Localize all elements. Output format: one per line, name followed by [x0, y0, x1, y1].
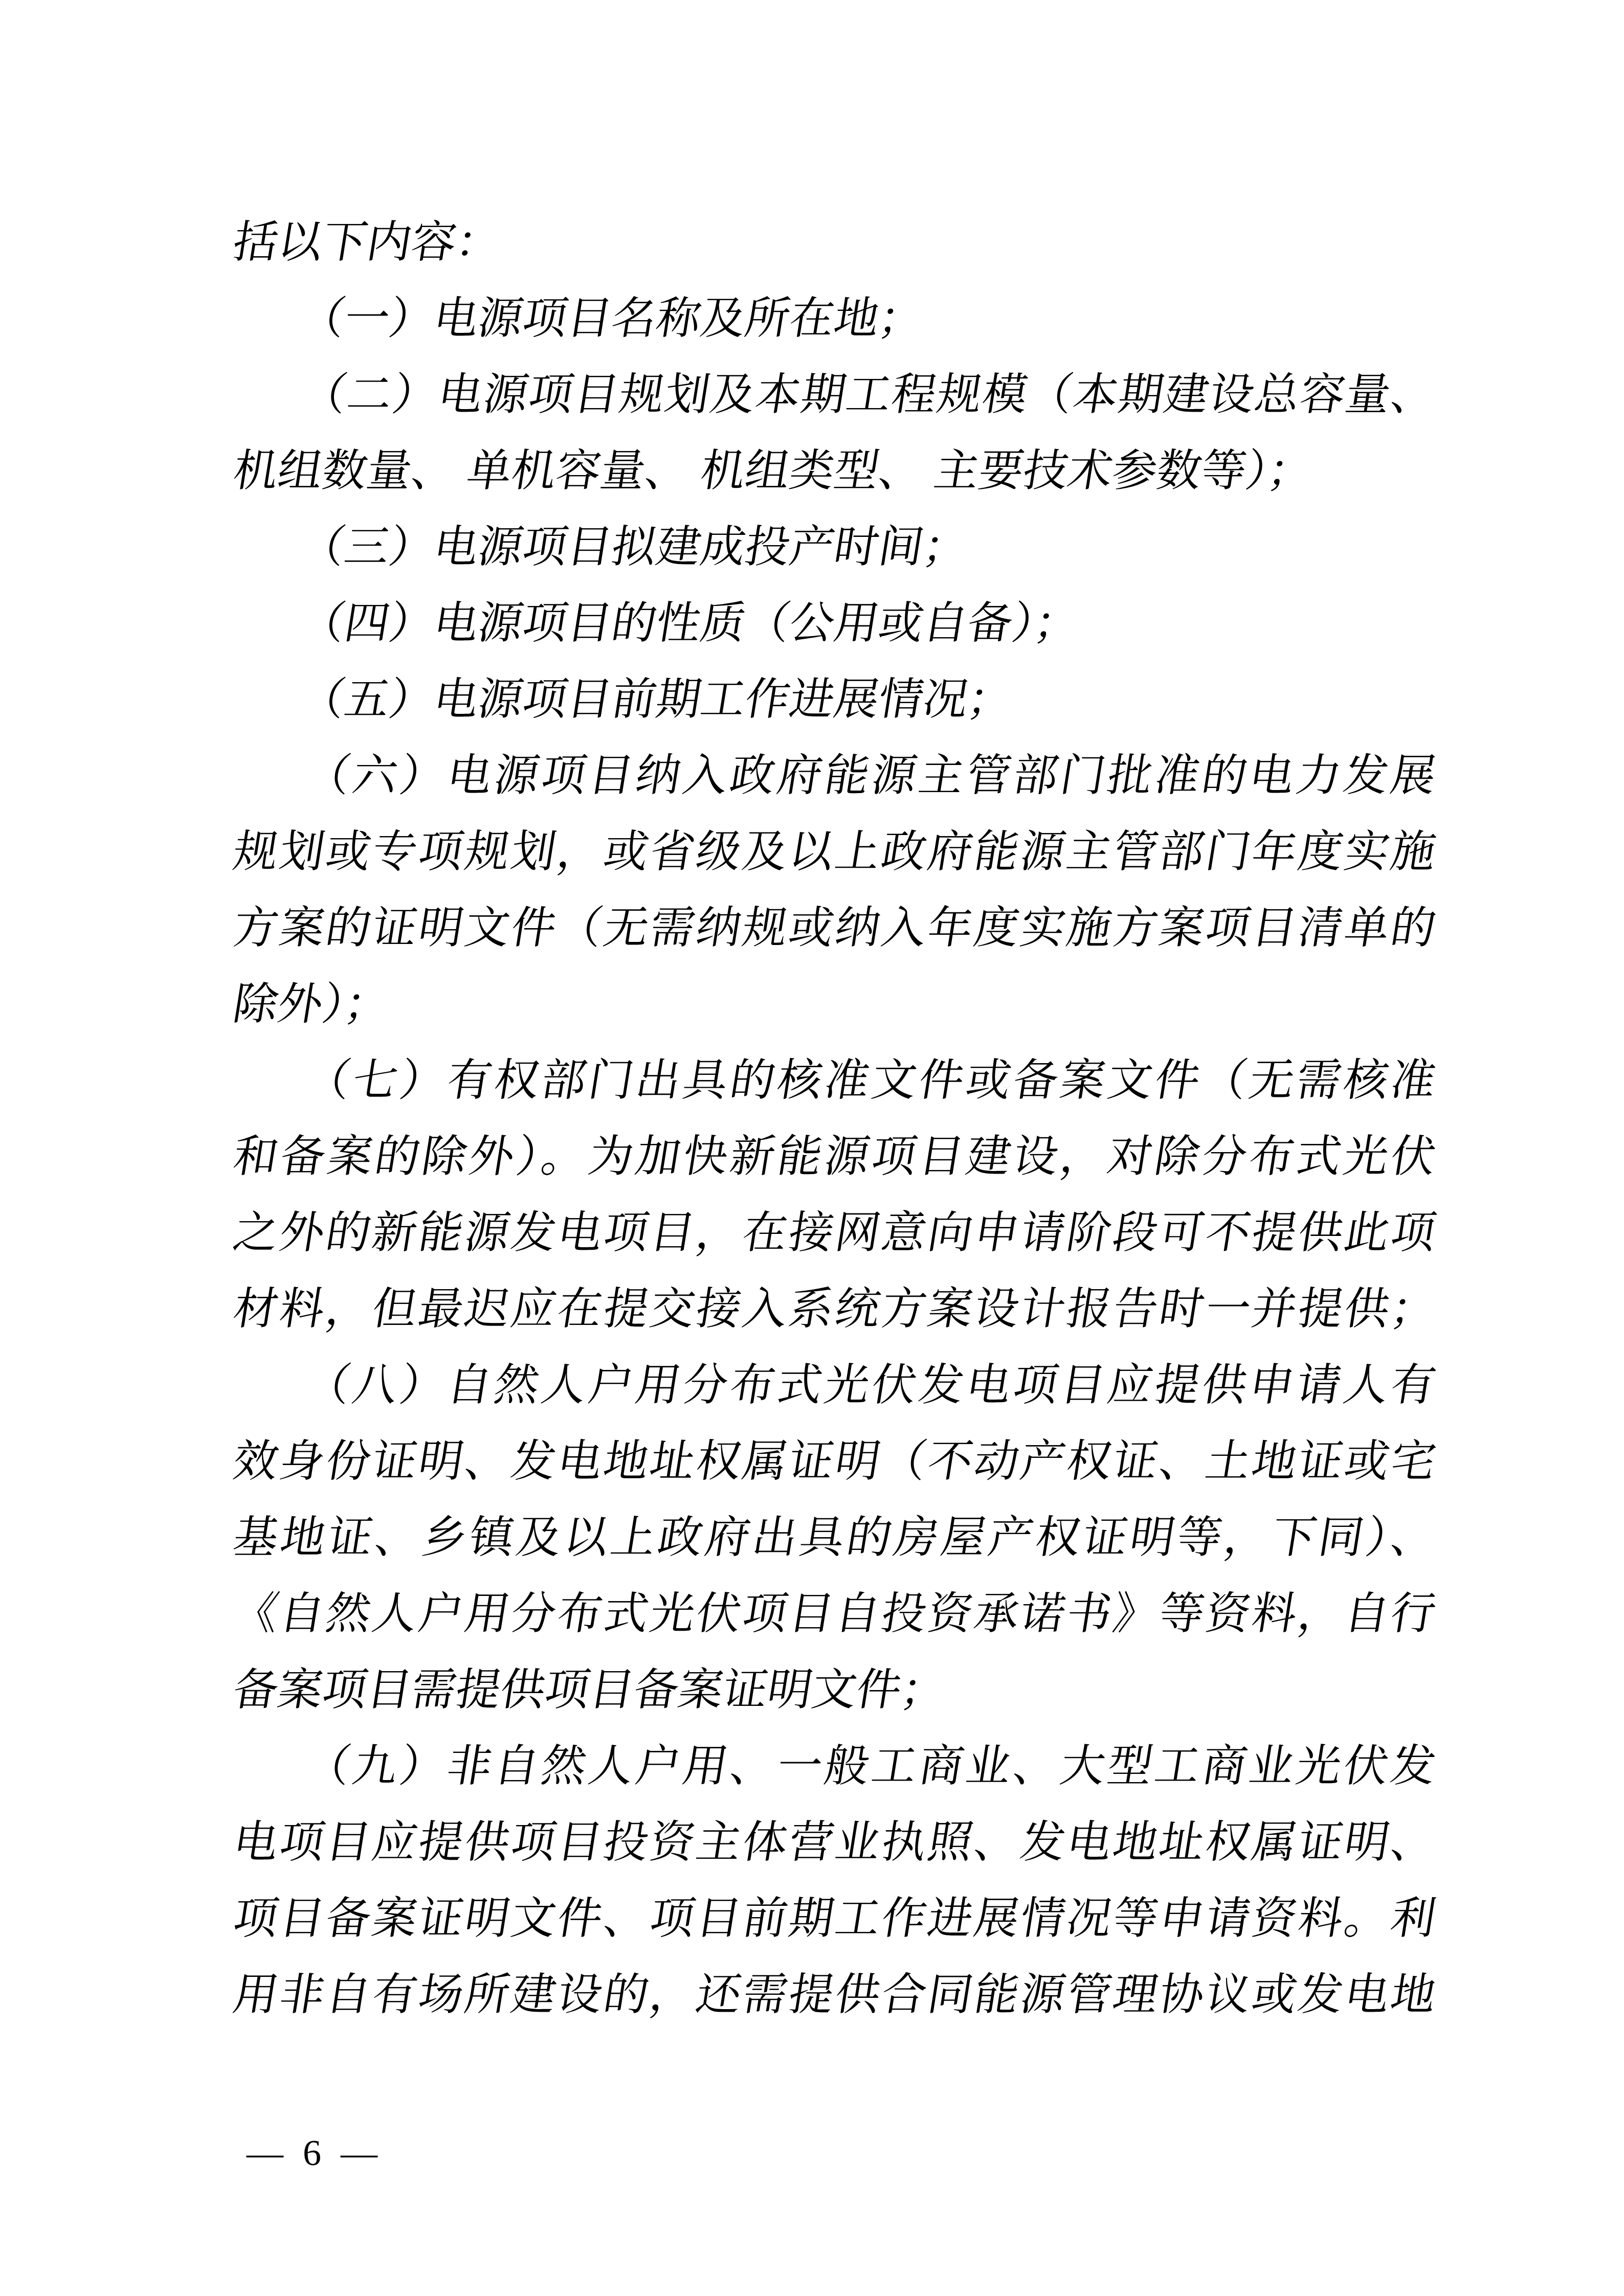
text-line: （六）电源项目纳入政府能源主管部门批准的电力发展 — [228, 737, 1442, 814]
text-line: 之外的新能源发电项目，在接网意向申请阶段可不提供此项 — [228, 1195, 1442, 1271]
page-number: — 6 — — [247, 2128, 383, 2177]
text-line: 和备案的除外）。为加快新能源项目建设，对除分布式光伏 — [228, 1118, 1442, 1195]
text-line: 基地证、乡镇及以上政府出具的房屋产权证明等，下同）、 — [228, 1499, 1442, 1575]
text-line: 材料，但最迟应在提交接入系统方案设计报告时一并提供； — [228, 1271, 1442, 1347]
text-line: （五）电源项目前期工作进展情况； — [228, 661, 1442, 737]
text-line: 用非自有场所建设的，还需提供合同能源管理协议或发电地 — [228, 1956, 1442, 2033]
text-line: （一）电源项目名称及所在地； — [228, 280, 1442, 356]
text-line: （二）电源项目规划及本期工程规模（本期建设总容量、 — [228, 356, 1442, 433]
text-line: 规划或专项规划，或省级及以上政府能源主管部门年度实施 — [228, 814, 1442, 890]
text-line: （七）有权部门出具的核准文件或备案文件（无需核准 — [228, 1042, 1442, 1118]
text-line: 备案项目需提供项目备案证明文件； — [228, 1652, 1442, 1728]
text-line: 机组数量、 单机容量、 机组类型、 主要技术参数等）； — [228, 433, 1442, 509]
text-line: 电项目应提供项目投资主体营业执照、发电地址权属证明、 — [228, 1804, 1442, 1880]
document-body: 括以下内容： （一）电源项目名称及所在地； （二）电源项目规划及本期工程规模（本… — [228, 204, 1430, 2033]
text-line: （三）电源项目拟建成投产时间； — [228, 509, 1442, 585]
text-line: （九）非自然人户用、一般工商业、大型工商业光伏发 — [228, 1728, 1442, 1804]
text-line: 效身份证明、发电地址权属证明（不动产权证、土地证或宅 — [228, 1423, 1442, 1499]
text-line: 括以下内容： — [228, 204, 1442, 280]
text-line: （八）自然人户用分布式光伏发电项目应提供申请人有 — [228, 1347, 1442, 1423]
text-line: 项目备案证明文件、项目前期工作进展情况等申请资料。利 — [228, 1880, 1442, 1956]
text-line: 方案的证明文件（无需纳规或纳入年度实施方案项目清单的 — [228, 890, 1442, 966]
text-line: 除外）； — [228, 966, 1442, 1042]
text-line: （四）电源项目的性质（公用或自备）； — [228, 585, 1442, 661]
text-line: 《自然人户用分布式光伏项目自投资承诺书》等资料，自行 — [228, 1575, 1442, 1652]
document-page: 括以下内容： （一）电源项目名称及所在地； （二）电源项目规划及本期工程规模（本… — [0, 0, 1624, 2296]
